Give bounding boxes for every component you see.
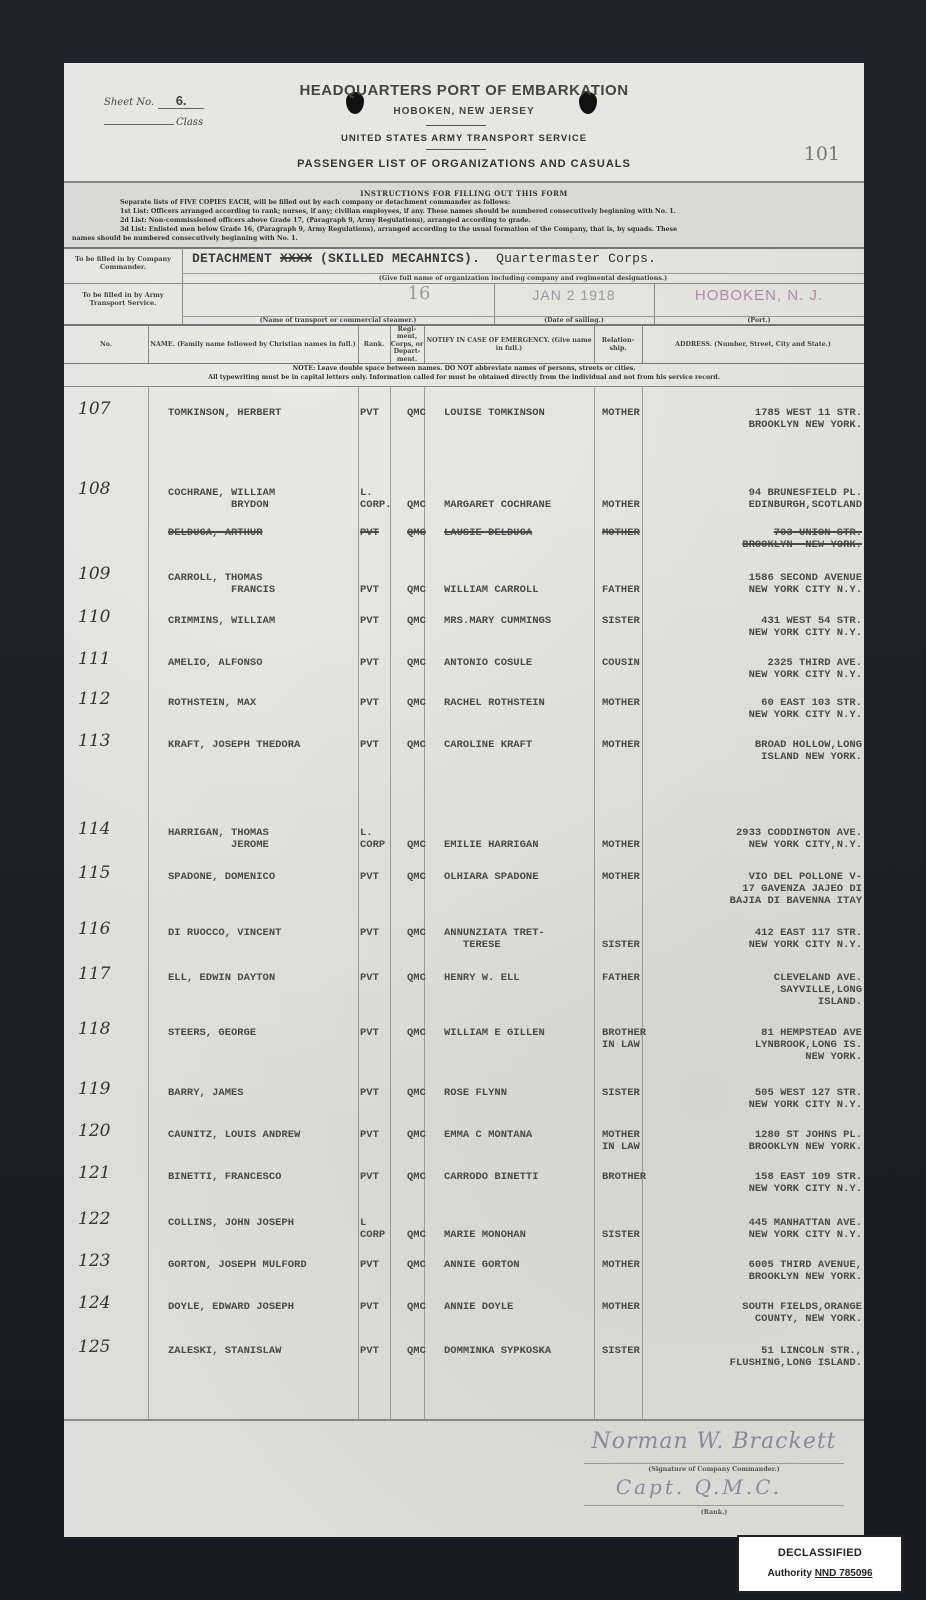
rank-caption: (Rank.) bbox=[584, 1509, 844, 1516]
date-of-sailing-stamp: JAN 2 1918 bbox=[494, 287, 654, 303]
passenger-rank: PVT bbox=[360, 657, 404, 669]
emergency-contact: MARIE MONOHAN bbox=[444, 1217, 624, 1241]
passenger-name: CARROLL, THOMAS FRANCIS bbox=[168, 572, 368, 596]
stamp-authority: Authority NND 785096 bbox=[739, 1568, 901, 1579]
passenger-number: 107 bbox=[78, 403, 110, 415]
passenger-number: 121 bbox=[78, 1167, 110, 1179]
passenger-number: 120 bbox=[78, 1125, 110, 1137]
passenger-name: COCHRANE, WILLIAM BRYDON bbox=[168, 487, 368, 511]
instruction-line: 3d List: Enlisted men below Grade 16, (P… bbox=[64, 225, 864, 234]
passenger-corps: QMC bbox=[407, 827, 447, 851]
instructions-block: INSTRUCTIONS FOR FILLING OUT THIS FORM S… bbox=[64, 181, 864, 249]
emergency-contact: MRS.MARY CUMMINGS bbox=[444, 615, 624, 627]
emergency-contact: MARGARET COCHRANE bbox=[444, 487, 624, 511]
passenger-corps: QMC bbox=[407, 407, 447, 419]
passenger-rank: PVT bbox=[360, 697, 404, 709]
passenger-number: 115 bbox=[78, 867, 110, 879]
passenger-corps: QMC bbox=[407, 972, 447, 984]
passenger-rank: PVT bbox=[360, 407, 404, 419]
col-header-address: ADDRESS. (Number, Street, City and State… bbox=[642, 326, 864, 363]
contact-address: 431 WEST 54 STR. NEW YORK CITY N.Y. bbox=[638, 615, 862, 639]
contact-address: SOUTH FIELDS,ORANGE COUNTY, NEW YORK. bbox=[638, 1301, 862, 1325]
col-header-rank: Rank. bbox=[358, 326, 390, 363]
company-commander-label: To be filled in by Company Commander. bbox=[64, 255, 182, 271]
passenger-rank: L. CORP. bbox=[360, 487, 404, 511]
passenger-corps: QMC bbox=[407, 1345, 447, 1357]
contact-address: 412 EAST 117 STR. NEW YORK CITY N.Y. bbox=[638, 927, 862, 951]
contact-address: 505 WEST 127 STR. NEW YORK CITY N.Y. bbox=[638, 1087, 862, 1111]
passenger-rank: PVT bbox=[360, 527, 404, 539]
passenger-corps: QMC bbox=[407, 1301, 447, 1313]
list-title: PASSENGER LIST OF ORGANIZATIONS AND CASU… bbox=[64, 158, 864, 170]
passenger-name: ELL, EDWIN DAYTON bbox=[168, 972, 368, 984]
passenger-number: 111 bbox=[78, 653, 110, 665]
passenger-number: 112 bbox=[78, 693, 110, 705]
passenger-name: DELDUCA, ARTHUR bbox=[168, 527, 368, 539]
passenger-rank: PVT bbox=[360, 615, 404, 627]
passenger-rank: PVT bbox=[360, 739, 404, 751]
passenger-name: DOYLE, EDWARD JOSEPH bbox=[168, 1301, 368, 1313]
contact-address: 60 EAST 103 STR. NEW YORK CITY N.Y. bbox=[638, 697, 862, 721]
form-header: Sheet No.6. Class HEADQUARTERS PORT OF E… bbox=[64, 63, 864, 181]
passenger-corps: QMC bbox=[407, 572, 447, 596]
note-line: NOTE: Leave double space between names. … bbox=[64, 364, 864, 373]
passenger-corps: QMC bbox=[407, 1259, 447, 1271]
form-note: NOTE: Leave double space between names. … bbox=[64, 364, 864, 387]
instruction-line: 1st List: Officers arranged according to… bbox=[64, 207, 864, 216]
col-header-notify: NOTIFY IN CASE OF EMERGENCY. (Give name … bbox=[424, 326, 594, 363]
passenger-number: 113 bbox=[78, 735, 110, 747]
port-caption: (Port.) bbox=[654, 317, 864, 324]
contact-address: 2325 THIRD AVE. NEW YORK CITY N.Y. bbox=[638, 657, 862, 681]
passenger-rank: PVT bbox=[360, 1345, 404, 1357]
passenger-number: 125 bbox=[78, 1341, 110, 1353]
emergency-contact: WILLIAM CARROLL bbox=[444, 572, 624, 596]
contact-address: BROAD HOLLOW,LONG ISLAND NEW YORK. bbox=[638, 739, 862, 763]
passenger-corps: QMC bbox=[407, 657, 447, 669]
passenger-rank: L. CORP bbox=[360, 827, 404, 851]
class-field: Class bbox=[104, 117, 203, 128]
emergency-contact: ANTONIO COSULE bbox=[444, 657, 624, 669]
passenger-name: BARRY, JAMES bbox=[168, 1087, 368, 1099]
passenger-name: KRAFT, JOSEPH THEDORA bbox=[168, 739, 368, 751]
instruction-line: 2d List: Non-commissioned officers above… bbox=[64, 216, 864, 225]
passenger-number: 123 bbox=[78, 1255, 110, 1267]
passenger-corps: QMC bbox=[407, 871, 447, 883]
contact-address: 158 EAST 109 STR. NEW YORK CITY N.Y. bbox=[638, 1171, 862, 1195]
passenger-rank: PVT bbox=[360, 972, 404, 984]
divider bbox=[426, 149, 486, 150]
column-headers: No. NAME. (Family name followed by Chris… bbox=[64, 326, 864, 364]
authority-code: NND 785096 bbox=[815, 1568, 873, 1579]
class-label: Class bbox=[176, 117, 203, 128]
contact-address: 6005 THIRD AVENUE, BROOKLYN NEW YORK. bbox=[638, 1259, 862, 1283]
organization-section: To be filled in by Company Commander. To… bbox=[64, 247, 864, 326]
emergency-contact: OLHIARA SPADONE bbox=[444, 871, 624, 883]
emergency-contact: ANNIE DOYLE bbox=[444, 1301, 624, 1313]
emergency-contact: ANNUNZIATA TRET- TERESE bbox=[444, 927, 624, 951]
emergency-contact: WILLIAM E GILLEN bbox=[444, 1027, 624, 1039]
passenger-name: ZALESKI, STANISLAW bbox=[168, 1345, 368, 1357]
contact-address: 94 BRUNESFIELD PL. EDINBURGH,SCOTLAND bbox=[638, 487, 862, 511]
col-header-no: No. bbox=[64, 326, 148, 363]
emergency-contact: CAROLINE KRAFT bbox=[444, 739, 624, 751]
org-corps: Quartermaster Corps. bbox=[496, 251, 656, 266]
passenger-rank: PVT bbox=[360, 1171, 404, 1183]
passenger-number: 108 bbox=[78, 483, 110, 495]
port-stamp: HOBOKEN, N. J. bbox=[654, 287, 864, 304]
note-line: All typewriting must be in capital lette… bbox=[64, 373, 864, 382]
passenger-name: DI RUOCCO, VINCENT bbox=[168, 927, 368, 939]
passenger-rank: PVT bbox=[360, 1259, 404, 1271]
passenger-corps: QMC bbox=[407, 1171, 447, 1183]
signature-block: Norman W. Brackett (Signature of Company… bbox=[64, 1419, 864, 1539]
contact-address: 1785 WEST 11 STR. BROOKLYN NEW YORK. bbox=[638, 407, 862, 431]
org-name-suffix: (SKILLED MECAHNICS). bbox=[312, 251, 480, 266]
col-header-regiment: Regi-ment, Corps, or Depart-ment. bbox=[390, 326, 424, 363]
form-location: HOBOKEN, NEW JERSEY bbox=[64, 106, 864, 117]
passenger-name: HARRIGAN, THOMAS JEROME bbox=[168, 827, 368, 851]
passenger-rank: PVT bbox=[360, 927, 404, 939]
passenger-corps: QMC bbox=[407, 527, 447, 539]
passenger-name: STEERS, GEORGE bbox=[168, 1027, 368, 1039]
contact-address: 2933 CODDINGTON AVE. NEW YORK CITY,N.Y. bbox=[638, 827, 862, 851]
passenger-name: ROTHSTEIN, MAX bbox=[168, 697, 368, 709]
date-caption: (Date of sailing.) bbox=[494, 317, 654, 324]
passenger-rank: PVT bbox=[360, 871, 404, 883]
emergency-contact: CARRODO BINETTI bbox=[444, 1171, 624, 1183]
passenger-corps: QMC bbox=[407, 739, 447, 751]
passenger-corps: QMC bbox=[407, 615, 447, 627]
passenger-rank: PVT bbox=[360, 1301, 404, 1313]
organization-caption: (Give full name of organization includin… bbox=[182, 275, 864, 282]
contact-address: 445 MANHATTAN AVE. NEW YORK CITY N.Y. bbox=[638, 1217, 862, 1241]
instruction-line: Separate lists of FIVE COPIES EACH, will… bbox=[64, 198, 864, 207]
passenger-corps: QMC bbox=[407, 1217, 447, 1241]
passenger-number: 119 bbox=[78, 1083, 110, 1095]
passenger-rank: L CORP bbox=[360, 1217, 404, 1241]
passenger-table: 107TOMKINSON, HERBERTPVTQMCLOUISE TOMKIN… bbox=[64, 387, 864, 1419]
passenger-corps: QMC bbox=[407, 487, 447, 511]
passenger-corps: QMC bbox=[407, 1027, 447, 1039]
passenger-number: 117 bbox=[78, 968, 110, 980]
transport-service-label: To be filled in by Army Transport Servic… bbox=[64, 291, 182, 307]
transport-caption: (Name of transport or commercial steamer… bbox=[182, 317, 494, 324]
passenger-rank: PVT bbox=[360, 1129, 404, 1141]
contact-address: 1280 ST JOHNS PL. BROOKLYN NEW YORK. bbox=[638, 1129, 862, 1153]
passenger-number: 122 bbox=[78, 1213, 110, 1225]
passenger-number: 110 bbox=[78, 611, 110, 623]
declassified-stamp: DECLASSIFIED Authority NND 785096 bbox=[737, 1535, 903, 1593]
passenger-name: AMELIO, ALFONSO bbox=[168, 657, 368, 669]
emergency-contact: LAUSIE DELDUCA bbox=[444, 527, 624, 539]
col-header-name: NAME. (Family name followed by Christian… bbox=[148, 326, 358, 363]
contact-address: 703 UNION STR. BROOKLYN NEW YORK. bbox=[638, 527, 862, 551]
org-name-prefix: DETACHMENT bbox=[192, 251, 280, 266]
instructions-title: INSTRUCTIONS FOR FILLING OUT THIS FORM bbox=[64, 189, 864, 198]
passenger-corps: QMC bbox=[407, 1087, 447, 1099]
contact-address: VIO DEL POLLONE V- 17 GAVENZA JAJEO DI B… bbox=[638, 871, 862, 907]
stamp-title: DECLASSIFIED bbox=[739, 1547, 901, 1559]
emergency-contact: RACHEL ROTHSTEIN bbox=[444, 697, 624, 709]
authority-label: Authority bbox=[767, 1568, 814, 1579]
passenger-number: 114 bbox=[78, 823, 110, 835]
contact-address: 81 HEMPSTEAD AVE LYNBROOK,LONG IS. NEW Y… bbox=[638, 1027, 862, 1063]
emergency-contact: EMILIE HARRIGAN bbox=[444, 827, 624, 851]
passenger-number: 124 bbox=[78, 1297, 110, 1309]
passenger-corps: QMC bbox=[407, 1129, 447, 1141]
passenger-rank: PVT bbox=[360, 1027, 404, 1039]
organization-name: DETACHMENT XXXX (SKILLED MECAHNICS). Qua… bbox=[192, 251, 656, 266]
emergency-contact: ANNIE GORTON bbox=[444, 1259, 624, 1271]
emergency-contact: EMMA C MONTANA bbox=[444, 1129, 624, 1141]
contact-address: 51 LINCOLN STR., FLUSHING,LONG ISLAND. bbox=[638, 1345, 862, 1369]
signature-caption: (Signature of Company Commander.) bbox=[584, 1466, 844, 1473]
passenger-name: CRIMMINS, WILLIAM bbox=[168, 615, 368, 627]
form-service: UNITED STATES ARMY TRANSPORT SERVICE bbox=[64, 133, 864, 144]
transport-value: 16 bbox=[344, 283, 494, 304]
emergency-contact: DOMMINKA SYPKOSKA bbox=[444, 1345, 624, 1357]
col-header-relationship: Relation-ship. bbox=[594, 326, 642, 363]
passenger-corps: QMC bbox=[407, 697, 447, 709]
passenger-number: 116 bbox=[78, 923, 110, 935]
form-title: HEADQUARTERS PORT OF EMBARKATION bbox=[64, 82, 864, 99]
passenger-name: SPADONE, DOMENICO bbox=[168, 871, 368, 883]
divider bbox=[426, 125, 486, 126]
commander-signature: Norman W. Brackett bbox=[584, 1429, 844, 1454]
passenger-corps: QMC bbox=[407, 927, 447, 939]
passenger-number: 109 bbox=[78, 568, 110, 580]
passenger-name: COLLINS, JOHN JOSEPH bbox=[168, 1217, 368, 1229]
passenger-number: 118 bbox=[78, 1023, 110, 1035]
passenger-list-sheet: Sheet No.6. Class HEADQUARTERS PORT OF E… bbox=[64, 63, 864, 1537]
emergency-contact: HENRY W. ELL bbox=[444, 972, 624, 984]
emergency-contact: LOUISE TOMKINSON bbox=[444, 407, 624, 419]
contact-address: CLEVELAND AVE. SAYVILLE,LONG ISLAND. bbox=[638, 972, 862, 1008]
passenger-name: GORTON, JOSEPH MULFORD bbox=[168, 1259, 368, 1271]
passenger-name: TOMKINSON, HERBERT bbox=[168, 407, 368, 419]
emergency-contact: ROSE FLYNN bbox=[444, 1087, 624, 1099]
passenger-rank: PVT bbox=[360, 1087, 404, 1099]
instruction-line: names should be numbered consecutively b… bbox=[72, 234, 864, 243]
contact-address: 1586 SECOND AVENUE NEW YORK CITY N.Y. bbox=[638, 572, 862, 596]
org-name-struck: XXXX bbox=[280, 251, 312, 266]
passenger-name: BINETTI, FRANCESCO bbox=[168, 1171, 368, 1183]
commander-rank: Capt. Q.M.C. bbox=[584, 1475, 814, 1499]
passenger-name: CAUNITZ, LOUIS ANDREW bbox=[168, 1129, 368, 1141]
passenger-rank: PVT bbox=[360, 572, 404, 596]
page-number: 101 bbox=[804, 143, 840, 165]
